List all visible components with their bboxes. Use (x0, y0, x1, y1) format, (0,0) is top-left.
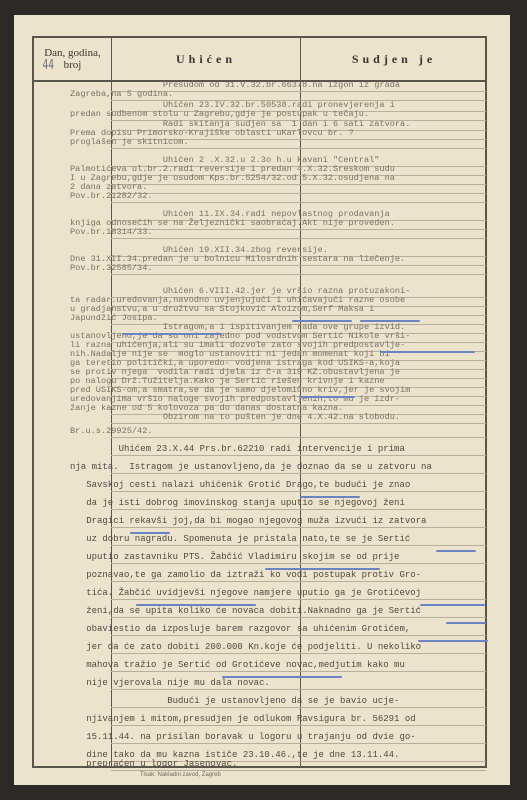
ruled-line (111, 671, 486, 672)
ruled-line (111, 545, 486, 546)
pencil-underline (300, 396, 355, 398)
typed-line: Savskoj cesti nalazi uhićenik Grotić Dra… (70, 480, 490, 490)
pencil-underline (130, 532, 170, 534)
printer-imprint: Tisak: Nakladni zavod, Zagreb (140, 772, 221, 778)
typed-line: poznavao,te ga zamolio da iztraži ko vod… (70, 570, 490, 580)
ruled-line (111, 707, 486, 708)
pencil-underline (222, 676, 342, 678)
typed-line: da je isti dobrog imovinskog stanja uput… (70, 498, 490, 508)
typed-line: uz dobru nagradu. Spomenuta je pristala … (70, 534, 490, 544)
typed-line: Zagreba,na 5 godina. (70, 89, 490, 99)
pencil-underline (136, 604, 256, 606)
typed-line: jer da će zato dobiti 200.000 Kn.koje će… (70, 642, 490, 652)
ruled-line (111, 274, 486, 275)
pencil-underline (446, 622, 486, 624)
ruled-line (111, 599, 486, 600)
typed-line: Pov.br.21282/32. (70, 191, 490, 201)
ruled-line (111, 689, 486, 690)
ruled-line (111, 770, 486, 771)
header-date-line2: broj (64, 59, 82, 71)
typed-line: Pov.br.32585/34. (70, 263, 490, 273)
typed-line: nije vjerovala nije mu dala novac. (70, 678, 490, 688)
ruled-line (111, 238, 486, 239)
pencil-underline (380, 351, 475, 353)
typed-line: Pov.br.18314/33. (70, 227, 490, 237)
pencil-underline (436, 550, 476, 552)
pencil-underline (418, 640, 488, 642)
ruled-line (111, 148, 486, 149)
typed-line: Br.u.s.29925/42. (70, 426, 490, 436)
ruled-line (111, 563, 486, 564)
typed-line: 15.11.44. na prisilan boravak u logoru u… (70, 732, 490, 742)
typed-line: obaviestio da izposluje barem razgovor s… (70, 624, 490, 634)
ruled-line (111, 581, 486, 582)
ruled-line (111, 617, 486, 618)
pencil-underline (420, 604, 485, 606)
ruled-line (111, 473, 486, 474)
pencil-underline (122, 333, 222, 335)
typed-line: uputio zastavniku PTS. Žabčić Vladimiru … (70, 552, 490, 562)
pencil-underline (300, 496, 360, 498)
typed-line: Dragici rekavši joj,da bi mogao njegovog… (70, 516, 490, 526)
ruled-line (111, 653, 486, 654)
ruled-line (111, 491, 486, 492)
ruled-line (111, 635, 486, 636)
handwritten-number: 44 (42, 58, 54, 73)
ruled-line (111, 725, 486, 726)
typed-line: ženi,da se upita koliko će novaca dobiti… (70, 606, 490, 616)
ruled-line (111, 527, 486, 528)
typed-line: Budući je ustanovljeno da se je bavio uc… (70, 696, 490, 706)
pencil-underline (292, 320, 352, 322)
typed-line: tića. Žabčić uvidjevši njegove namjere u… (70, 588, 490, 598)
header-arrested: Uhićen (112, 38, 300, 80)
typed-line: mahova tražio je Sertić od Grotićeve nov… (70, 660, 490, 670)
ruled-line (111, 509, 486, 510)
ruled-line (111, 423, 486, 424)
typed-line: njivanjem i mitom,presudjen je odlukom R… (70, 714, 490, 724)
ruled-line (111, 455, 486, 456)
pencil-underline (360, 320, 420, 322)
typed-line: nja mita. Istragom je ustanovljeno,da je… (70, 462, 490, 472)
ruled-line (111, 437, 486, 438)
header-sentenced: Sudjen je (301, 38, 487, 80)
typed-line: Obzirom na to pušten je dne 4.X.42.na sl… (70, 412, 490, 422)
typed-line: predan sudbenom stolu u Zagrebu,gdje je … (70, 109, 490, 119)
typed-line: prepraćen u logor Jasenovac. (70, 759, 490, 769)
typed-line: Uhićem 23.X.44 Prs.br.62210 radi interve… (70, 444, 490, 454)
typed-line: proglašen je skitnicom. (70, 137, 490, 147)
pencil-underline (265, 568, 380, 570)
ruled-line (111, 743, 486, 744)
ruled-line (111, 202, 486, 203)
